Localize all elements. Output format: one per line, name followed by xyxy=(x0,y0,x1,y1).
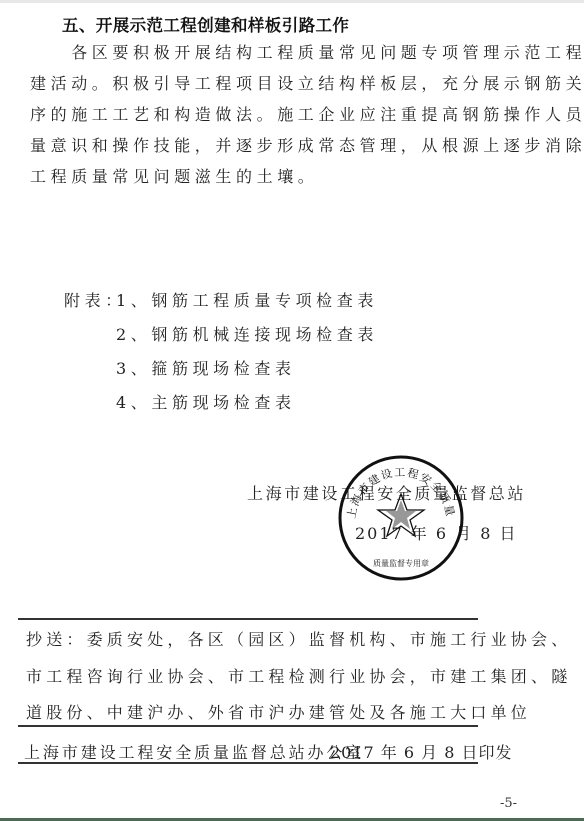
section-heading: 五、开展示范工程创建和样板引路工作 xyxy=(62,12,349,36)
attachment-item: 2、钢筋机械连接现场检查表 xyxy=(116,322,378,345)
svg-text:质量监督专用章: 质量监督专用章 xyxy=(373,558,429,568)
official-seal-icon: 上海市建设工程安全质量监督总站 质量监督专用章 xyxy=(337,454,465,582)
paragraph-line: 量意识和操作技能，并逐步形成常态管理，从根源上逐步消除钢筋 xyxy=(30,130,550,161)
divider xyxy=(18,762,478,764)
divider xyxy=(18,725,478,727)
paragraph-line: 建活动。积极引导工程项目设立结构样板层，充分展示钢筋关键工 xyxy=(30,68,550,99)
top-edge xyxy=(0,0,584,3)
attachment-item: 3、箍筋现场检查表 xyxy=(116,356,296,379)
paragraph-line: 各区要积极开展结构工程质量常见问题专项管理示范工程创 xyxy=(30,37,550,68)
attachment-item: 4、主筋现场检查表 xyxy=(116,390,296,413)
page-number: -5- xyxy=(500,796,517,811)
body-paragraph: 各区要积极开展结构工程质量常见问题专项管理示范工程创 建活动。积极引导工程项目设… xyxy=(30,37,550,192)
paragraph-line: 工程质量常见问题滋生的土壤。 xyxy=(30,161,550,192)
cc-line: 道股份、中建沪办、外省市沪办建管处及各施工大口单位 xyxy=(26,700,531,723)
divider xyxy=(18,618,478,620)
issued-date: 2017 年 6 月 8 日印发 xyxy=(330,740,513,763)
cc-line: 市工程咨询行业协会、市工程检测行业协会，市建工集团、隧 xyxy=(26,664,571,687)
paragraph-line: 序的施工工艺和构造做法。施工企业应注重提高钢筋操作人员的质 xyxy=(30,99,550,130)
cc-line: 抄送：委质安处，各区（园区）监督机构、市施工行业协会、 xyxy=(26,627,571,650)
attachment-item: 1、钢筋工程质量专项检查表 xyxy=(116,288,378,311)
issuer-office: 上海市建设工程安全质量监督总站办公室 xyxy=(24,740,364,763)
svg-text:上海市建设工程安全质量监督总站: 上海市建设工程安全质量监督总站 xyxy=(337,454,457,520)
